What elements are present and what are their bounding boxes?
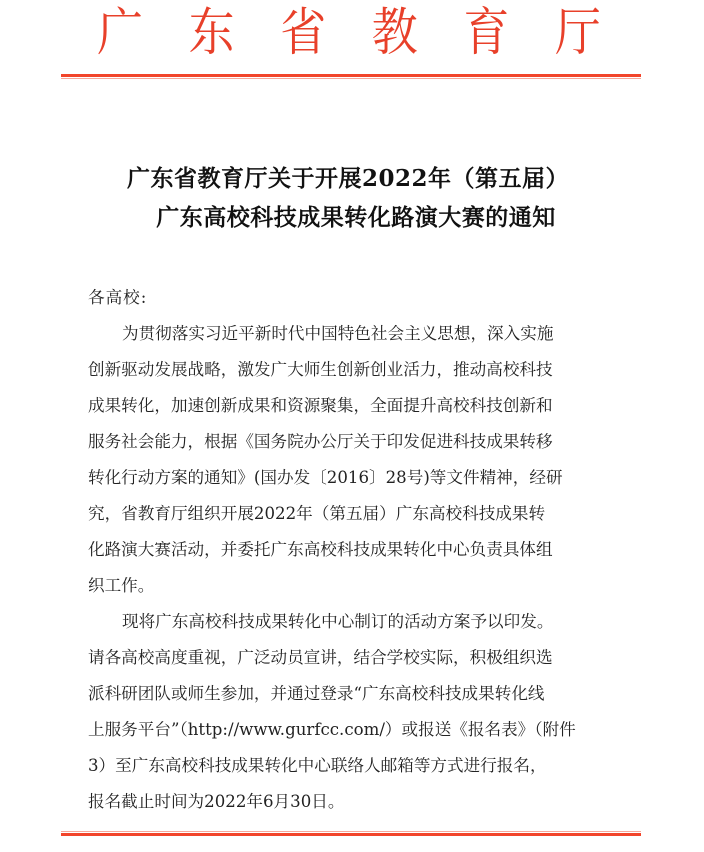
body-line: 为贯彻落实习近平新时代中国特色社会主义思想，深入实施	[88, 316, 636, 352]
masthead-char: 省	[280, 0, 326, 66]
document-title-line-1: 广东省教育厅关于开展2022年（第五届）	[0, 160, 700, 193]
salutation: 各高校:	[88, 280, 636, 316]
body-line: 化路演大赛活动，并委托广东高校科技成果转化中心负责具体组	[88, 532, 636, 568]
paragraph-1: 为贯彻落实习近平新时代中国特色社会主义思想，深入实施 创新驱动发展战略，激发广大…	[88, 316, 636, 604]
rule-thick-line	[61, 833, 641, 836]
masthead-char: 教	[372, 0, 418, 66]
masthead-char: 育	[463, 0, 509, 66]
body-line: 现将广东高校科技成果转化中心制订的活动方案予以印发。	[88, 604, 636, 640]
document-page: 广 东 省 教 育 厅 广东省教育厅关于开展2022年（第五届） 广东高校科技成…	[0, 0, 704, 852]
body-line-deadline: 报名截止时间为2022年6月30日。	[88, 784, 636, 820]
document-title-line-2: 广东高校科技成果转化路演大赛的通知	[4, 199, 704, 232]
body-line-with-url: 上服务平台”（http://www.gurfcc.com/）或报送《报名表》（附…	[88, 712, 636, 748]
rule-thin-line	[61, 831, 641, 832]
masthead-red-rule	[61, 74, 641, 79]
paragraph-2: 现将广东高校科技成果转化中心制订的活动方案予以印发。 请各高校高度重视，广泛动员…	[88, 604, 636, 820]
masthead-char: 厅	[555, 0, 601, 66]
body-line: 究，省教育厅组织开展2022年（第五届）广东高校科技成果转	[88, 496, 636, 532]
masthead-char: 东	[189, 0, 235, 66]
body-line: 织工作。	[88, 568, 636, 604]
body-line: 派科研团队或师生参加，并通过登录“广东高校科技成果转化线	[88, 676, 636, 712]
document-body: 各高校: 为贯彻落实习近平新时代中国特色社会主义思想，深入实施 创新驱动发展战略…	[88, 280, 636, 820]
body-line: 创新驱动发展战略，激发广大师生创新创业活力，推动高校科技	[88, 352, 636, 388]
body-line: 3）至广东高校科技成果转化中心联络人邮箱等方式进行报名，	[88, 748, 636, 784]
masthead-org-name: 广 东 省 教 育 厅	[61, 2, 641, 62]
footer-red-rule	[61, 831, 641, 836]
masthead-char: 广	[97, 0, 143, 66]
body-line: 成果转化，加速创新成果和资源聚集，全面提升高校科技创新和	[88, 388, 636, 424]
rule-thick-line	[61, 74, 641, 77]
rule-thin-line	[61, 78, 641, 79]
body-line: 转化行动方案的通知》(国办发〔2016〕28号)等文件精神，经研	[88, 460, 636, 496]
body-line: 请各高校高度重视，广泛动员宣讲，结合学校实际，积极组织选	[88, 640, 636, 676]
body-line: 服务社会能力，根据《国务院办公厅关于印发促进科技成果转移	[88, 424, 636, 460]
